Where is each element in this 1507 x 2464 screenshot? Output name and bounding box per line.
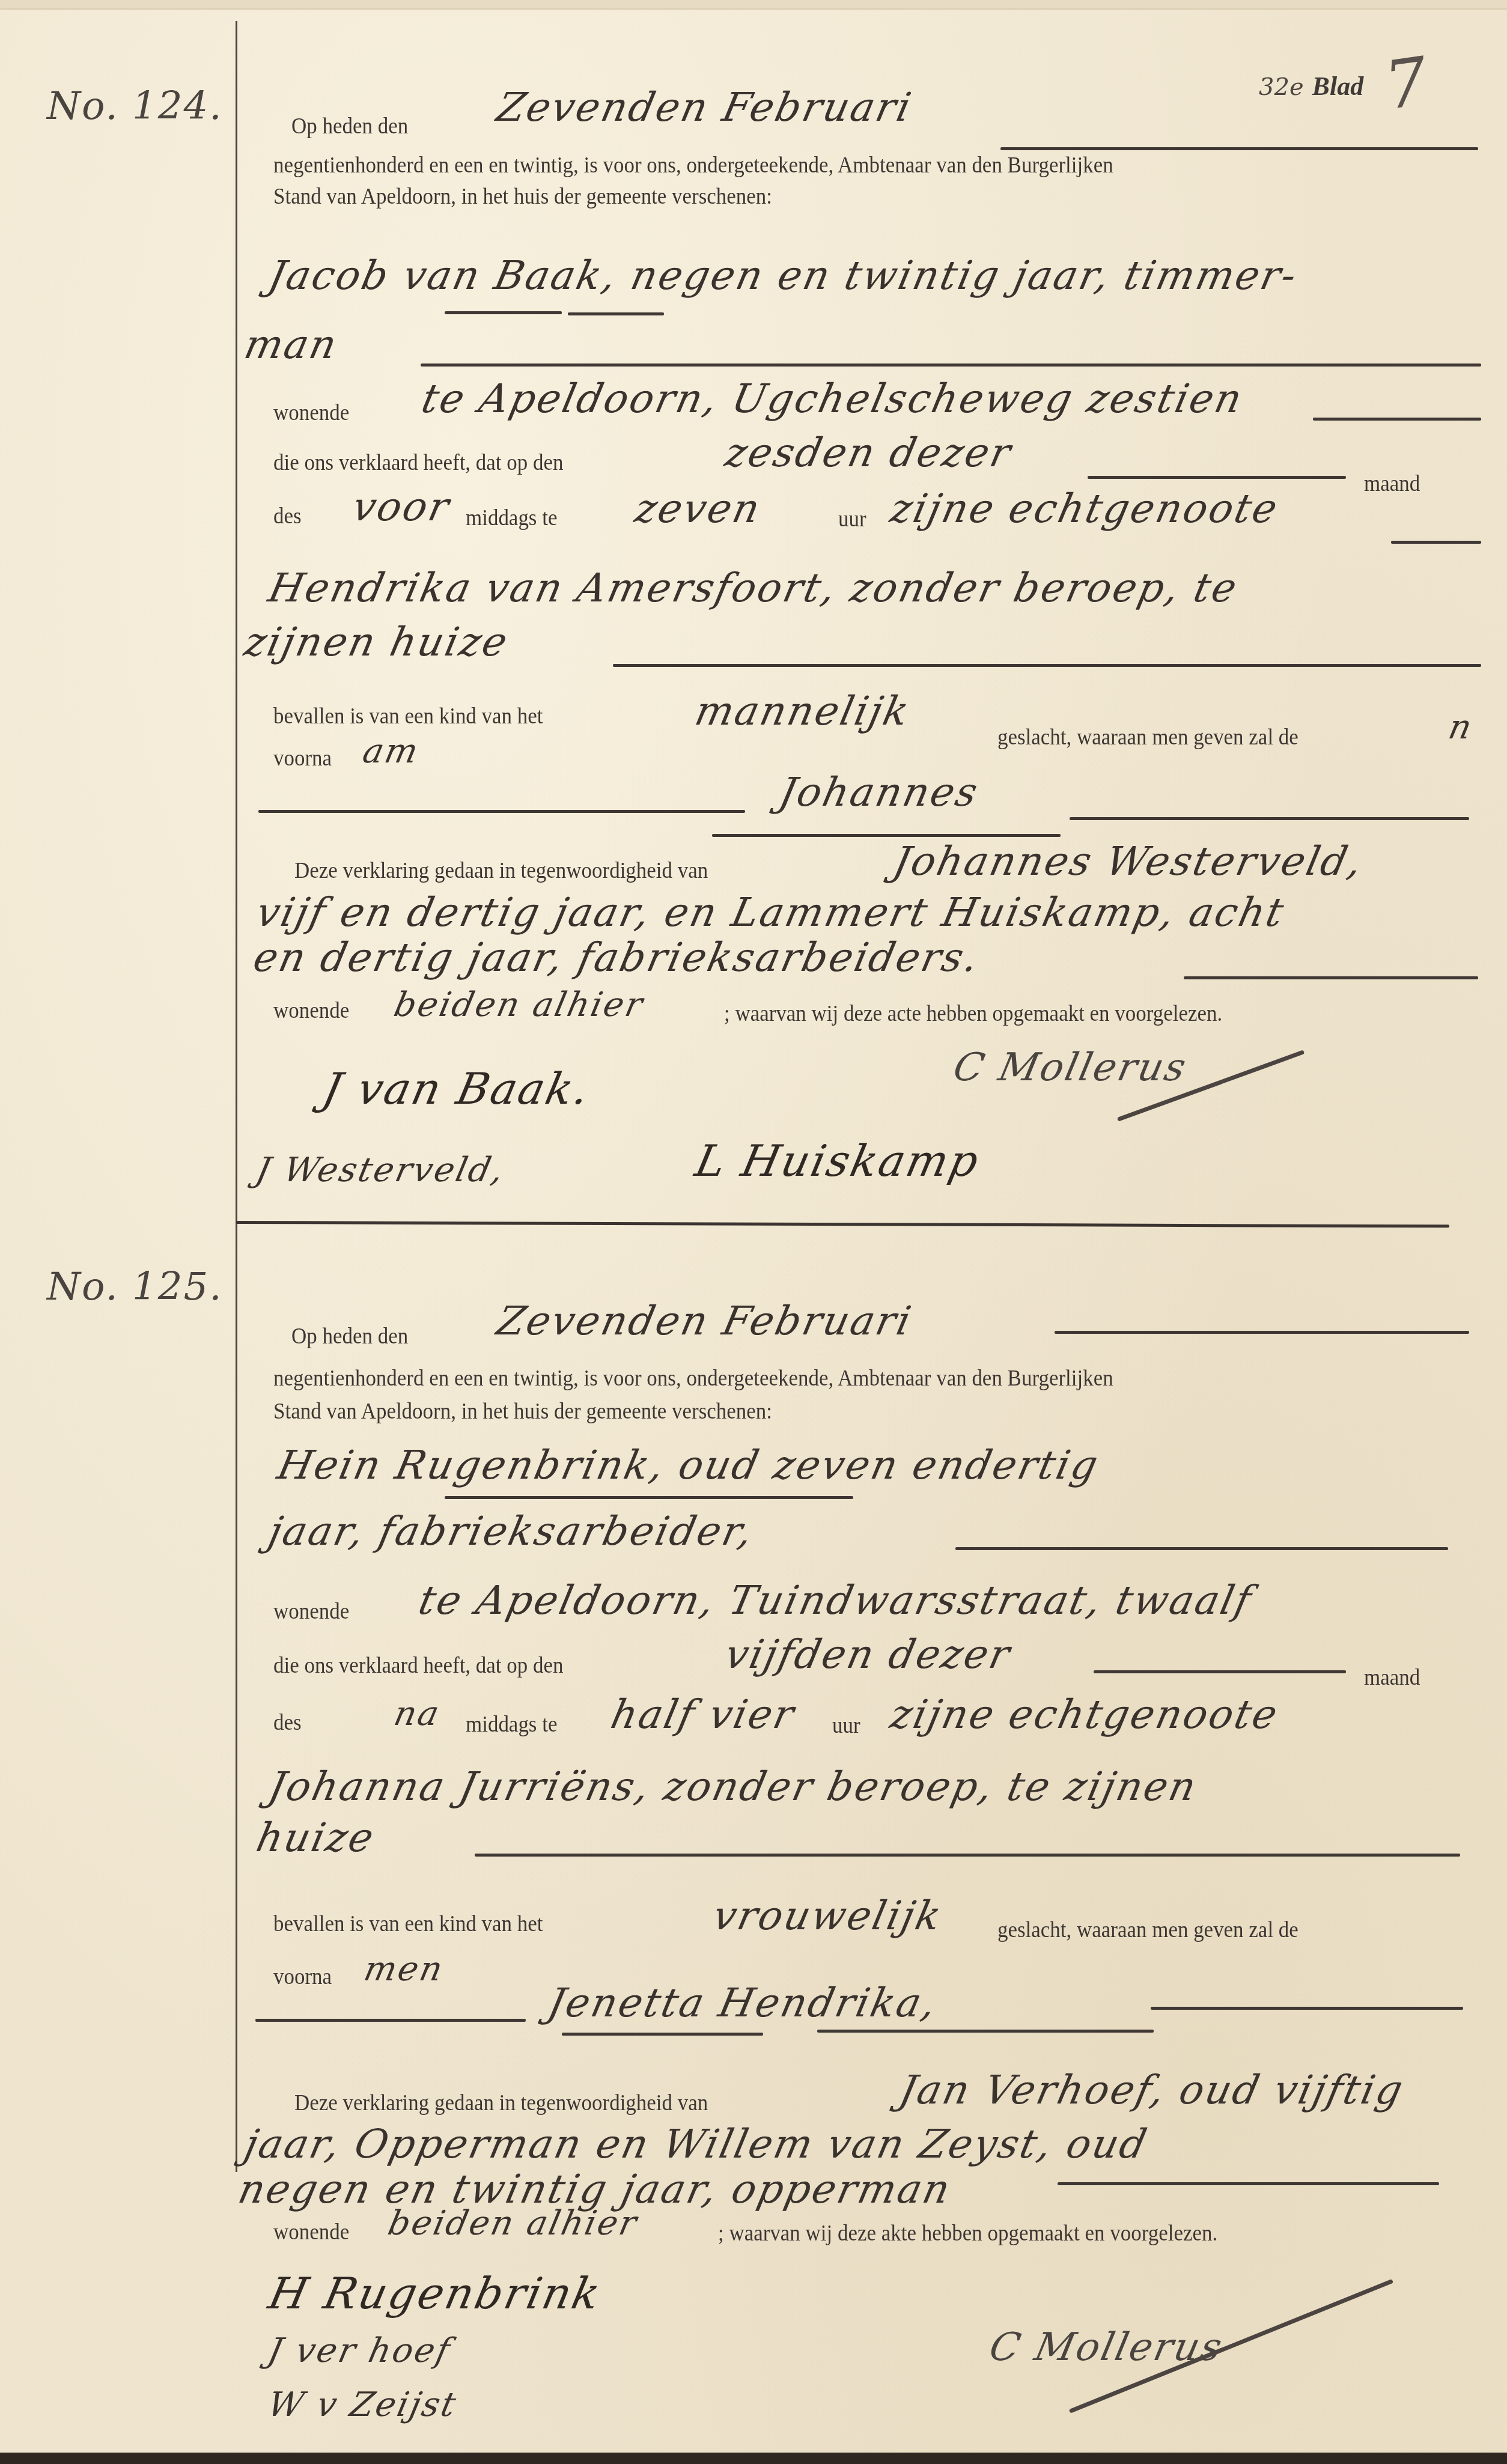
signature-father: J van Baak. bbox=[318, 1063, 595, 1114]
handwritten-geslacht-suffix: n bbox=[1445, 708, 1477, 747]
fill-line bbox=[1055, 1331, 1469, 1334]
fill-line bbox=[1088, 476, 1346, 479]
underline-van bbox=[445, 311, 562, 314]
handwritten-declarant: Hein Rugenbrink, oud zeven endertig bbox=[273, 1442, 1103, 1488]
fill-line bbox=[1094, 1670, 1346, 1673]
fill-line bbox=[258, 810, 745, 813]
handwritten-sex: vrouwelijk bbox=[709, 1893, 947, 1939]
form-text-witness-wonende: wonende bbox=[273, 997, 349, 1024]
underline-child-name bbox=[562, 2033, 763, 2036]
handwritten-declarant-cont: man bbox=[240, 321, 342, 368]
handwritten-voorna-suffix: men bbox=[361, 1950, 448, 1989]
handwritten-wife-cont: huize bbox=[252, 1815, 379, 1861]
form-text-witness-wonende: wonende bbox=[273, 2219, 349, 2245]
fill-line bbox=[1151, 2007, 1463, 2010]
handwritten-wife-intro: zijne echtgenoote bbox=[886, 485, 1283, 532]
form-text-declared: die ons verklaard heeft, dat op den bbox=[273, 1652, 563, 1679]
register-page: 32eBlad 7 No. 124. Op heden den Zevenden… bbox=[0, 0, 1507, 2464]
handwritten-birth-day: zesden dezer bbox=[721, 430, 1017, 476]
fill-line bbox=[955, 1547, 1448, 1550]
handwritten-residence: te Apeldoorn, Ugchelscheweg zestien bbox=[418, 376, 1247, 422]
form-text-witnesses: Deze verklaring gedaan in tegenwoordighe… bbox=[294, 2090, 708, 2116]
handwritten-sex: mannelijk bbox=[691, 688, 915, 734]
form-text-line2: negentienhonderd en een en twintig, is v… bbox=[273, 152, 1113, 178]
form-text-geslacht: geslacht, waaraan men geven zal de bbox=[997, 1917, 1298, 1943]
handwritten-witness-3: en dertig jaar, fabrieksarbeiders. bbox=[249, 934, 984, 981]
form-text-des: des bbox=[273, 1709, 302, 1736]
page-number-label: Blad bbox=[1312, 71, 1364, 101]
handwritten-child-name: Jenetta Hendrika, bbox=[544, 1980, 942, 2026]
form-text-voorna: voorna bbox=[273, 745, 332, 771]
form-text-des: des bbox=[273, 503, 302, 529]
page-top-edge bbox=[0, 0, 1507, 10]
handwritten-declarant-cont: jaar, fabrieksarbeider, bbox=[264, 1508, 758, 1554]
signature-witness-1: J Westerveld, bbox=[252, 1151, 509, 1190]
handwritten-voorna-suffix: am bbox=[359, 732, 423, 771]
handwritten-date: Zevenden Februari bbox=[493, 84, 916, 130]
handwritten-witness-residence: beiden alhier bbox=[385, 2204, 642, 2243]
handwritten-ampm: voor bbox=[349, 484, 455, 530]
form-text-bevallen: bevallen is van een kind van het bbox=[273, 703, 543, 729]
form-text-line2: negentienhonderd en een en twintig, is v… bbox=[273, 1365, 1113, 1392]
record-divider bbox=[236, 1221, 1449, 1227]
form-text-op-heden: Op heden den bbox=[291, 1323, 408, 1349]
page-number-value: 32e bbox=[1259, 73, 1304, 101]
fill-line bbox=[613, 664, 1481, 667]
form-text-declared: die ons verklaard heeft, dat op den bbox=[273, 449, 563, 476]
handwritten-wife-intro: zijne echtgenoote bbox=[886, 1691, 1283, 1738]
fill-line bbox=[1391, 541, 1481, 544]
page-bottom-edge bbox=[0, 2453, 1507, 2464]
form-text-middags: middags te bbox=[466, 505, 557, 531]
form-text-geslacht: geslacht, waaraan men geven zal de bbox=[997, 724, 1298, 750]
signature-official: C Mollerus bbox=[949, 1045, 1192, 1090]
form-text-maand: maand bbox=[1364, 1664, 1420, 1691]
signature-witness-2: W v Zeijst bbox=[264, 2385, 461, 2424]
form-text-line3: Stand van Apeldoorn, in het huis der gem… bbox=[273, 1398, 772, 1425]
fill-line bbox=[1313, 418, 1481, 421]
handwritten-witness-2: vijf en dertig jaar, en Lammert Huiskamp… bbox=[252, 889, 1289, 935]
handwritten-witness-2: jaar, Opperman en Willem van Zeyst, oud bbox=[240, 2121, 1152, 2167]
underline-surname bbox=[445, 1496, 853, 1499]
handwritten-wife: Hendrika van Amersfoort, zonder beroep, … bbox=[264, 565, 1243, 611]
handwritten-child-name: Johannes bbox=[775, 769, 983, 815]
form-text-maand: maand bbox=[1364, 470, 1420, 497]
handwritten-date: Zevenden Februari bbox=[493, 1298, 916, 1344]
form-text-voorna: voorna bbox=[273, 1964, 332, 1990]
handwritten-witness-1: Jan Verhoef, oud vijftig bbox=[895, 2067, 1408, 2113]
page-number: 32eBlad bbox=[1259, 71, 1363, 102]
fill-line bbox=[1058, 2182, 1439, 2185]
form-text-wonende: wonende bbox=[273, 1598, 349, 1625]
handwritten-witness-1: Johannes Westerveld, bbox=[889, 838, 1368, 884]
handwritten-wife-cont: zijnen huize bbox=[240, 619, 513, 665]
handwritten-hour: half vier bbox=[607, 1691, 800, 1738]
page-mark: 7 bbox=[1380, 43, 1432, 124]
record-number: No. 125. bbox=[47, 1265, 223, 1309]
fill-line bbox=[475, 1854, 1460, 1857]
form-text-wonende: wonende bbox=[273, 400, 349, 426]
form-text-bevallen: bevallen is van een kind van het bbox=[273, 1911, 543, 1937]
handwritten-residence: te Apeldoorn, Tuindwarsstraat, twaalf bbox=[415, 1577, 1257, 1623]
form-text-uur: uur bbox=[832, 1712, 860, 1739]
form-text-middags: middags te bbox=[466, 1711, 557, 1738]
handwritten-witness-residence: beiden alhier bbox=[391, 985, 648, 1024]
underline-baak bbox=[568, 312, 664, 315]
fill-line bbox=[1184, 976, 1478, 979]
signature-witness-2: L Huiskamp bbox=[691, 1136, 985, 1186]
record-number: No. 124. bbox=[47, 84, 223, 129]
form-text-line3: Stand van Apeldoorn, in het huis der gem… bbox=[273, 183, 772, 210]
signature-father: H Rugenbrink bbox=[264, 2268, 606, 2319]
underline-child-name bbox=[817, 2030, 1154, 2033]
fill-line bbox=[1000, 147, 1478, 150]
signature-witness-1: J ver hoef bbox=[264, 2331, 455, 2370]
form-text-op-heden: Op heden den bbox=[291, 113, 408, 139]
fill-line bbox=[421, 364, 1481, 367]
fill-line bbox=[1070, 817, 1469, 820]
margin-rule bbox=[236, 21, 237, 2172]
form-text-closing: ; waarvan wij deze acte hebben opgemaakt… bbox=[724, 1000, 1222, 1027]
fill-line bbox=[255, 2019, 526, 2022]
underline-child-name bbox=[712, 834, 1061, 837]
form-text-uur: uur bbox=[838, 506, 866, 532]
form-text-witnesses: Deze verklaring gedaan in tegenwoordighe… bbox=[294, 857, 708, 884]
handwritten-declarant: Jacob van Baak, negen en twintig jaar, t… bbox=[264, 252, 1302, 299]
handwritten-ampm: na bbox=[391, 1694, 444, 1733]
handwritten-hour: zeven bbox=[631, 485, 766, 532]
handwritten-wife: Johanna Jurriëns, zonder beroep, te zijn… bbox=[264, 1763, 1202, 1810]
handwritten-birth-day: vijfden dezer bbox=[721, 1631, 1015, 1678]
form-text-closing: ; waarvan wij deze akte hebben opgemaakt… bbox=[718, 2220, 1217, 2246]
